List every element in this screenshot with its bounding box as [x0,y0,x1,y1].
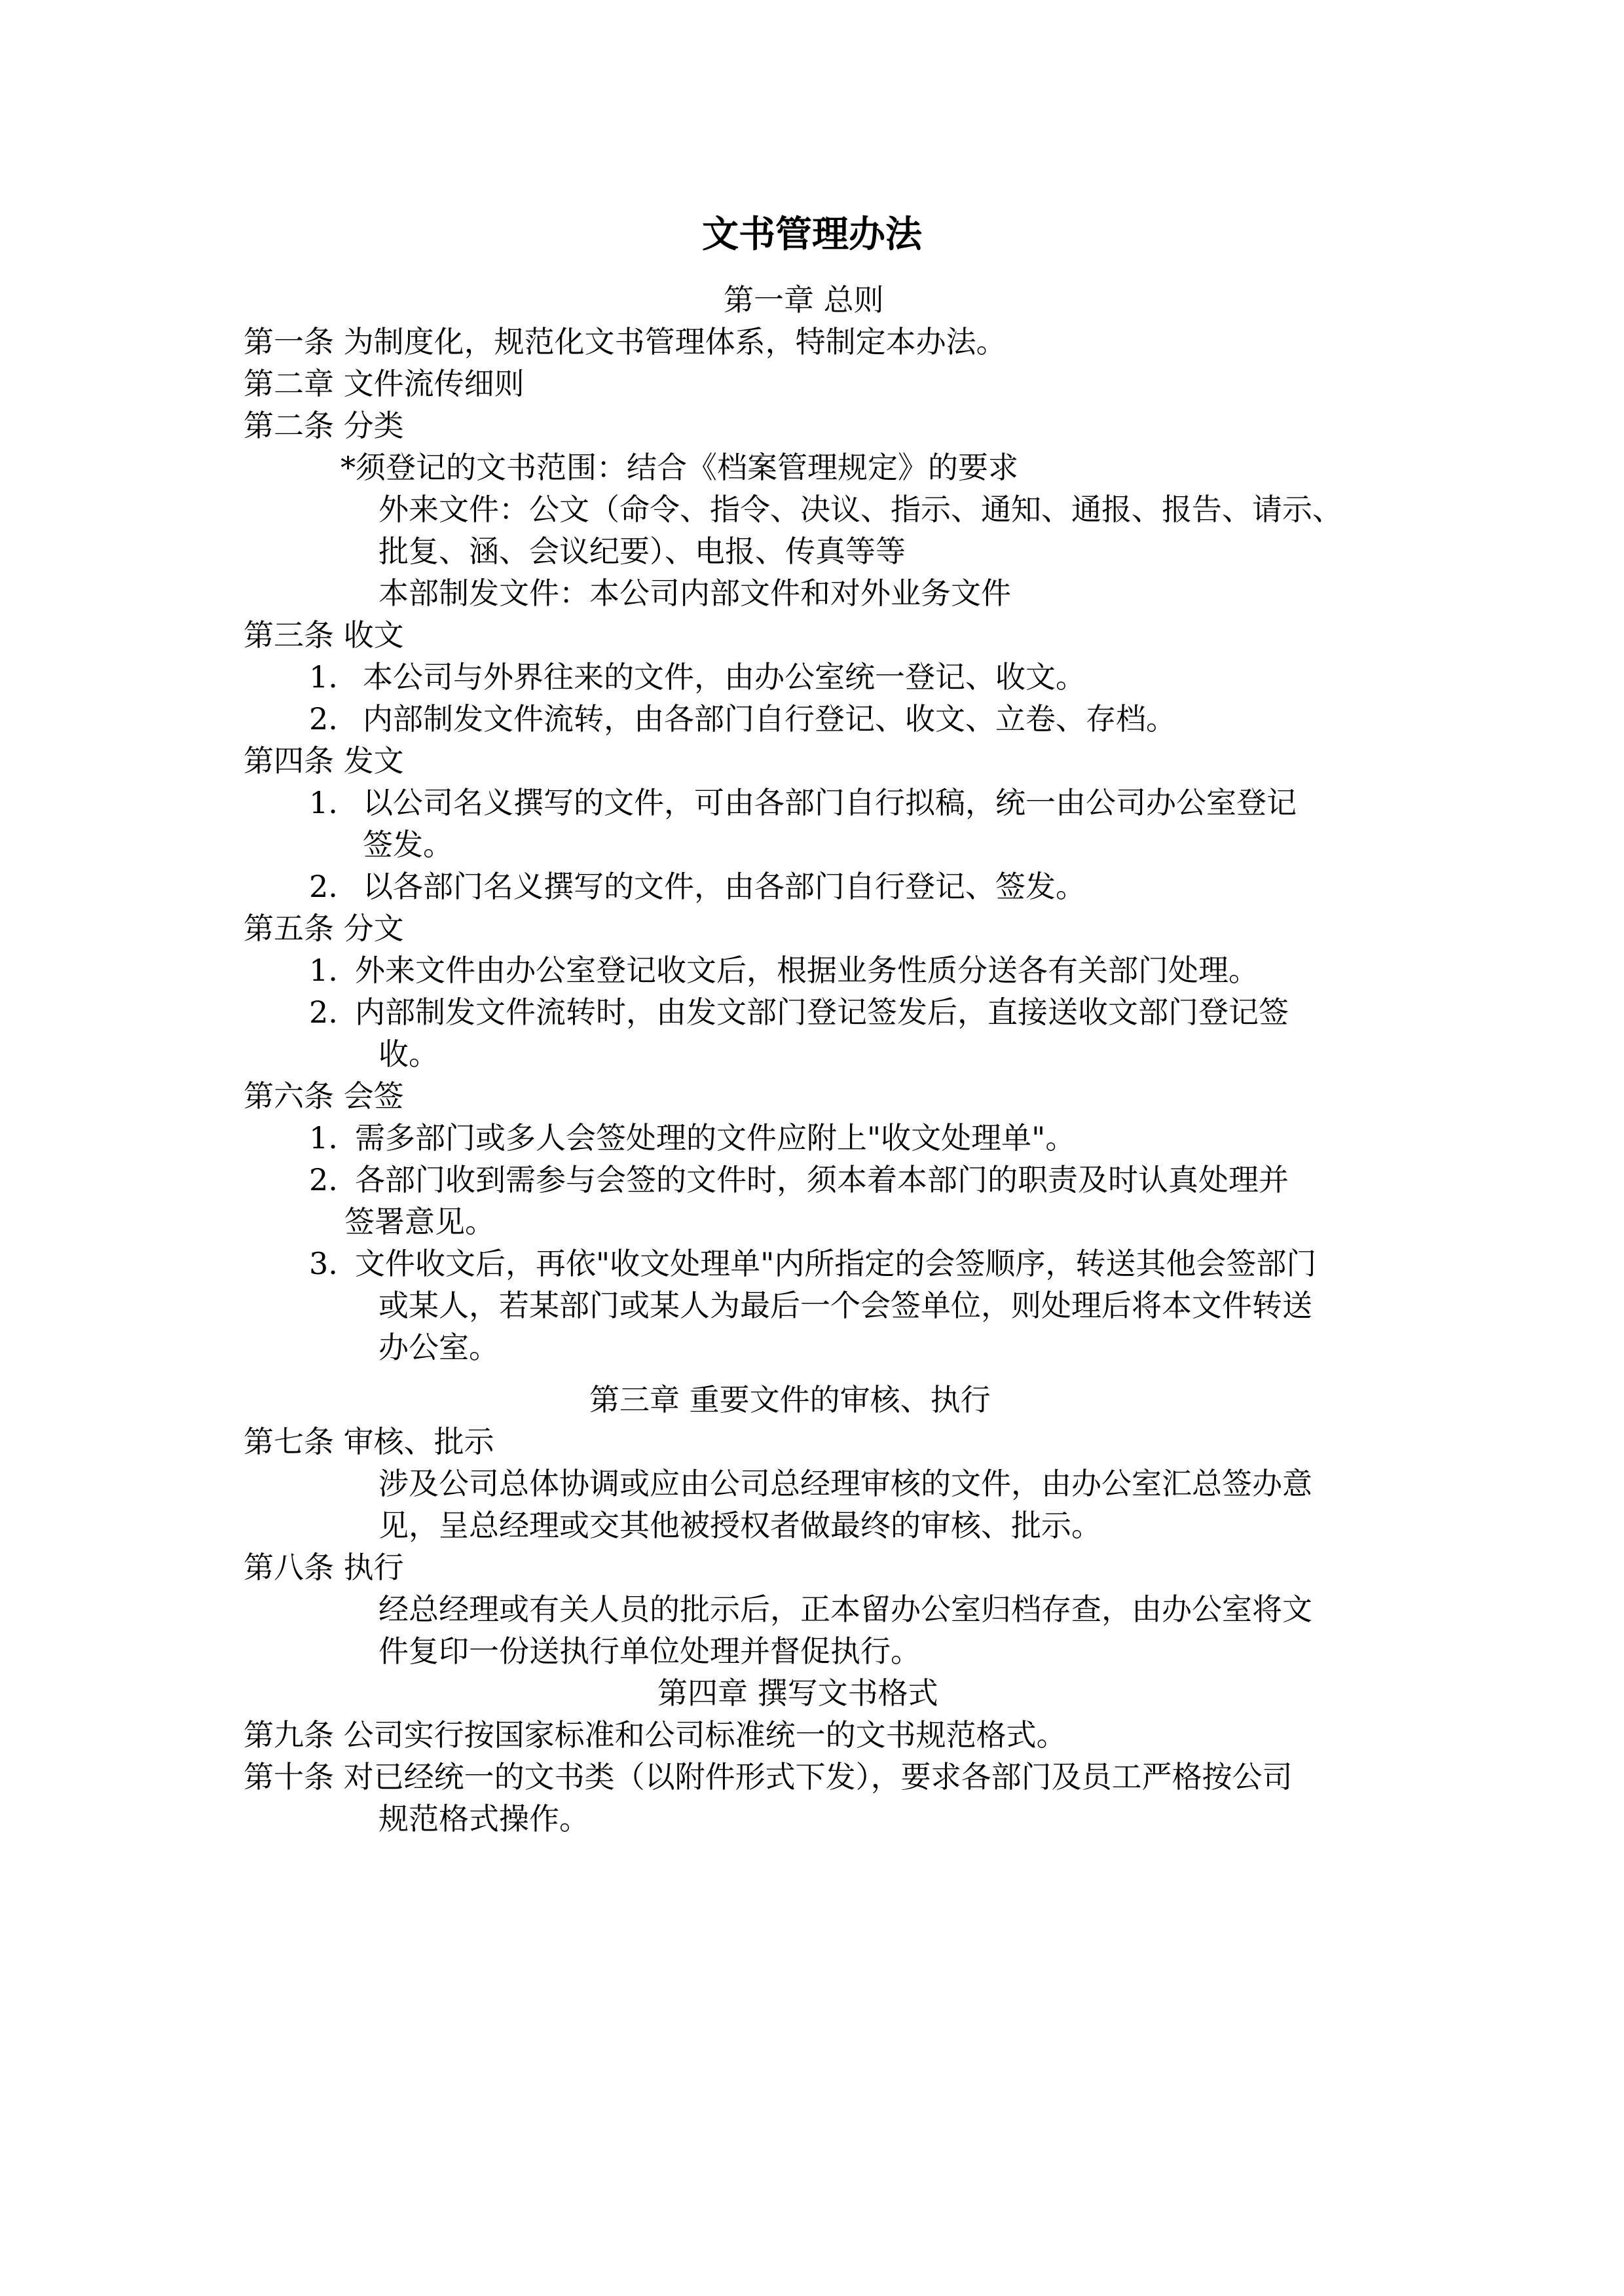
article-5-heading: 第五条 分文 [244,909,404,948]
article-8-line1: 经总经理或有关人员的批示后，正本留办公室归档存查，由办公室将文 [378,1590,1312,1629]
article-2-internal: 本部制发文件：本公司内部文件和对外业务文件 [378,574,1011,613]
item-text: 本公司与外界往来的文件，由办公室统一登记、收文。 [363,657,1086,697]
article-10-line1: 第十条 对已经统一的文书类（以附件形式下发），要求各部门及员工严格按公司 [244,1757,1293,1796]
article-4-item-1: 1. 以公司名义撰写的文件，可由各部门自行拟稿，统一由公司办公室登记 [309,783,338,822]
item-text: 以各部门名义撰写的文件，由各部门自行登记、签发。 [363,867,1086,906]
article-3-item-1: 1. 本公司与外界往来的文件，由办公室统一登记、收文。 [309,657,338,697]
article-5-item-1: 1. 外来文件由办公室登记收文后，根据业务性质分送各有关部门处理。 [309,951,338,990]
article-4-item-1-cont: 签发。 [363,825,453,864]
item-number: 2. [309,993,338,1032]
chapter-3-heading: 第三章 重要文件的审核、执行 [589,1380,991,1419]
item-text: 外来文件由办公室登记收文后，根据业务性质分送各有关部门处理。 [355,951,1259,990]
article-6-heading: 第六条 会签 [244,1076,404,1116]
article-7-line1: 涉及公司总体协调或应由公司总经理审核的文件，由办公室汇总签办意 [378,1464,1312,1503]
article-8-heading: 第八条 执行 [244,1548,404,1587]
article-10-line2: 规范格式操作。 [378,1799,589,1838]
article-6-item-3-cont2: 办公室。 [378,1328,499,1367]
article-6-item-2-cont: 签署意见。 [344,1202,495,1241]
item-text: 各部门收到需参与会签的文件时，须本着本部门的职责及时认真处理并 [355,1160,1289,1199]
item-number: 1. [309,951,338,990]
item-number: 1. [309,657,338,697]
article-3-item-2: 2. 内部制发文件流转，由各部门自行登记、收文、立卷、存档。 [309,699,338,738]
item-number: 1. [309,1118,338,1157]
article-9: 第九条 公司实行按国家标准和公司标准统一的文书规范格式。 [244,1715,1067,1755]
article-7-line2: 见，呈总经理或交其他被授权者做最终的审核、批示。 [378,1506,1101,1545]
article-6-item-3-cont: 或某人，若某部门或某人为最后一个会签单位，则处理后将本文件转送 [378,1286,1312,1325]
item-number: 2. [309,867,338,906]
article-7-heading: 第七条 审核、批示 [244,1422,494,1461]
article-4-heading: 第四条 发文 [244,741,404,780]
chapter-2-heading: 第二章 文件流传细则 [244,364,525,403]
item-text: 文件收文后，再依"收文处理单"内所指定的会签顺序，转送其他会签部门 [355,1244,1316,1283]
article-6-item-1: 1. 需多部门或多人会签处理的文件应附上"收文处理单"。 [309,1118,338,1157]
chapter-4-heading: 第四章 撰写文书格式 [657,1673,938,1713]
item-text: 以公司名义撰写的文件，可由各部门自行拟稿，统一由公司办公室登记 [363,783,1297,822]
article-2-external-line1: 外来文件：公文（命令、指令、决议、指示、通知、通报、报告、请示、 [378,490,1342,529]
item-text: 内部制发文件流转时，由发文部门登记签发后，直接送收文部门登记签 [355,993,1289,1032]
article-4-item-2: 2. 以各部门名义撰写的文件，由各部门自行登记、签发。 [309,867,338,906]
document-title: 文书管理办法 [0,211,1624,258]
article-8-line2: 件复印一份送执行单位处理并督促执行。 [378,1631,921,1671]
article-6-item-3: 3. 文件收文后，再依"收文处理单"内所指定的会签顺序，转送其他会签部门 [309,1244,338,1283]
article-2-heading: 第二条 分类 [244,406,404,445]
article-5-item-2-cont: 收。 [378,1034,439,1074]
item-number: 1. [309,783,338,822]
item-text: 需多部门或多人会签处理的文件应附上"收文处理单"。 [355,1118,1075,1157]
article-2-note: *须登记的文书范围：结合《档案管理规定》的要求 [341,448,1018,487]
article-6-item-2: 2. 各部门收到需参与会签的文件时，须本着本部门的职责及时认真处理并 [309,1160,338,1199]
item-number: 2. [309,699,338,738]
article-1: 第一条 为制度化，规范化文书管理体系，特制定本办法。 [244,322,1006,361]
item-number: 3. [309,1244,338,1283]
article-3-heading: 第三条 收文 [244,615,404,655]
item-text: 内部制发文件流转，由各部门自行登记、收文、立卷、存档。 [363,699,1176,738]
article-2-external-line2: 批复、涵、会议纪要）、电报、传真等等 [378,532,906,571]
chapter-1-heading: 第一章 总则 [724,280,884,319]
article-5-item-2: 2. 内部制发文件流转时，由发文部门登记签发后，直接送收文部门登记签 [309,993,338,1032]
item-number: 2. [309,1160,338,1199]
